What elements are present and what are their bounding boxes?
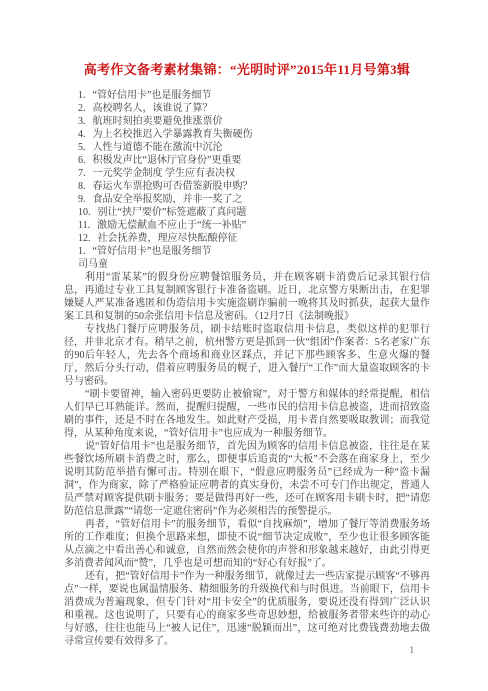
article-paragraph: “刷卡要留神，输入密码更要防止被偷窥”，对于警方和媒体的经常提醒，相信人们早已耳… [64,388,430,440]
document-page: 高考作文备考素材集锦：“光明时评”2015年11月号第3辑 1. “管好信用卡”… [0,0,488,691]
toc-item: 8. 春运火车票抢购可否借鉴新股申购？ [64,180,430,193]
toc-item-text: 春运火车票抢购可否借鉴新股申购？ [93,180,253,193]
toc-item-number: 11. [78,219,90,232]
toc-item-text: 人性与道德不能在激流中沉沦 [93,141,223,154]
article-paragraph: 利用“雷某某”的假身份应聘餐馆服务员，并在顾客刷卡消费后记录其银行信息，再通过专… [64,271,430,323]
article-paragraph: 还有，把“管好信用卡”作为一种服务细节，就像过去一些店家提示顾客“不够再点”一样… [64,570,430,648]
toc-item: 10. 别让“挟尸要价”标签遮蔽了真问题 [64,206,430,219]
toc-item-number: 2. [78,102,86,115]
toc-item-number: 10. [78,206,91,219]
article-heading-number: 1. [78,245,86,258]
article-heading-text: “管好信用卡”也是服务细节 [93,245,212,258]
page-number: 1 [410,645,415,656]
toc-item-number: 9. [78,193,86,206]
toc-list: 1. “管好信用卡”也是服务细节 2. 高校聘名人，该谁说了算？ 3. 航班时刻… [64,89,430,245]
toc-item: 12. 社会抚养费，理应尽快酝酿停征 [64,232,430,245]
toc-item-text: 一元奖学金制度 学生应有表决权 [93,167,236,180]
toc-item-number: 12. [78,232,91,245]
toc-item-number: 7. [78,167,86,180]
toc-item-number: 6. [78,154,86,167]
toc-item-number: 3. [78,115,86,128]
toc-item: 7. 一元奖学金制度 学生应有表决权 [64,167,430,180]
toc-item: 2. 高校聘名人，该谁说了算？ [64,102,430,115]
toc-item-text: 航班时刻拍卖要避免推涨票价 [93,115,223,128]
toc-item: 9. 食品安全举报奖励，并非一奖了之 [64,193,430,206]
toc-item-number: 4. [78,128,86,141]
article-paragraph: 说“管好信用卡”也是服务细节，首先因为顾客的信用卡信息被盗，往往是在某些餐饮场所… [64,440,430,518]
toc-item: 3. 航班时刻拍卖要避免推涨票价 [64,115,430,128]
toc-item: 11. 激励无偿献血不应止于“统一补贴” [64,219,430,232]
document-title: 高考作文备考素材集锦：“光明时评”2015年11月号第3辑 [64,62,430,78]
toc-item-text: 食品安全举报奖励，并非一奖了之 [93,193,243,206]
toc-item-text: 高校聘名人，该谁说了算？ [93,102,213,115]
article-paragraph: 再者，“管好信用卡”的服务细节，看似“自找麻烦”，增加了餐厅等消费服务场所的工作… [64,518,430,570]
toc-item: 5. 人性与道德不能在激流中沉沦 [64,141,430,154]
article-heading: 1. “管好信用卡”也是服务细节 [64,245,430,258]
toc-item-number: 8. [78,180,86,193]
toc-item-text: 积极发声比“退休厅官身份”更重要 [93,154,242,167]
toc-item-text: “管好信用卡”也是服务细节 [93,89,212,102]
toc-item-text: 激励无偿献血不应止于“统一补贴” [97,219,246,232]
toc-item-text: 为上名校推迟入学暴露教育失衡硬伤 [93,128,253,141]
toc-item-text: 社会抚养费，理应尽快酝酿停征 [98,232,238,245]
toc-item-number: 1. [78,89,86,102]
article-section: 1. “管好信用卡”也是服务细节 司马童 利用“雷某某”的假身份应聘餐馆服务员，… [64,245,430,648]
toc-item-text: 别让“挟尸要价”标签遮蔽了真问题 [98,206,247,219]
toc-item-number: 5. [78,141,86,154]
article-paragraph: 专找热门餐厅应聘服务员，刷卡结账时盗取信用卡信息，类似这样的犯罪行径，并非北京才… [64,323,430,388]
toc-item: 4. 为上名校推迟入学暴露教育失衡硬伤 [64,128,430,141]
article-author: 司马童 [64,258,430,271]
toc-item: 6. 积极发声比“退休厅官身份”更重要 [64,154,430,167]
toc-item: 1. “管好信用卡”也是服务细节 [64,89,430,102]
